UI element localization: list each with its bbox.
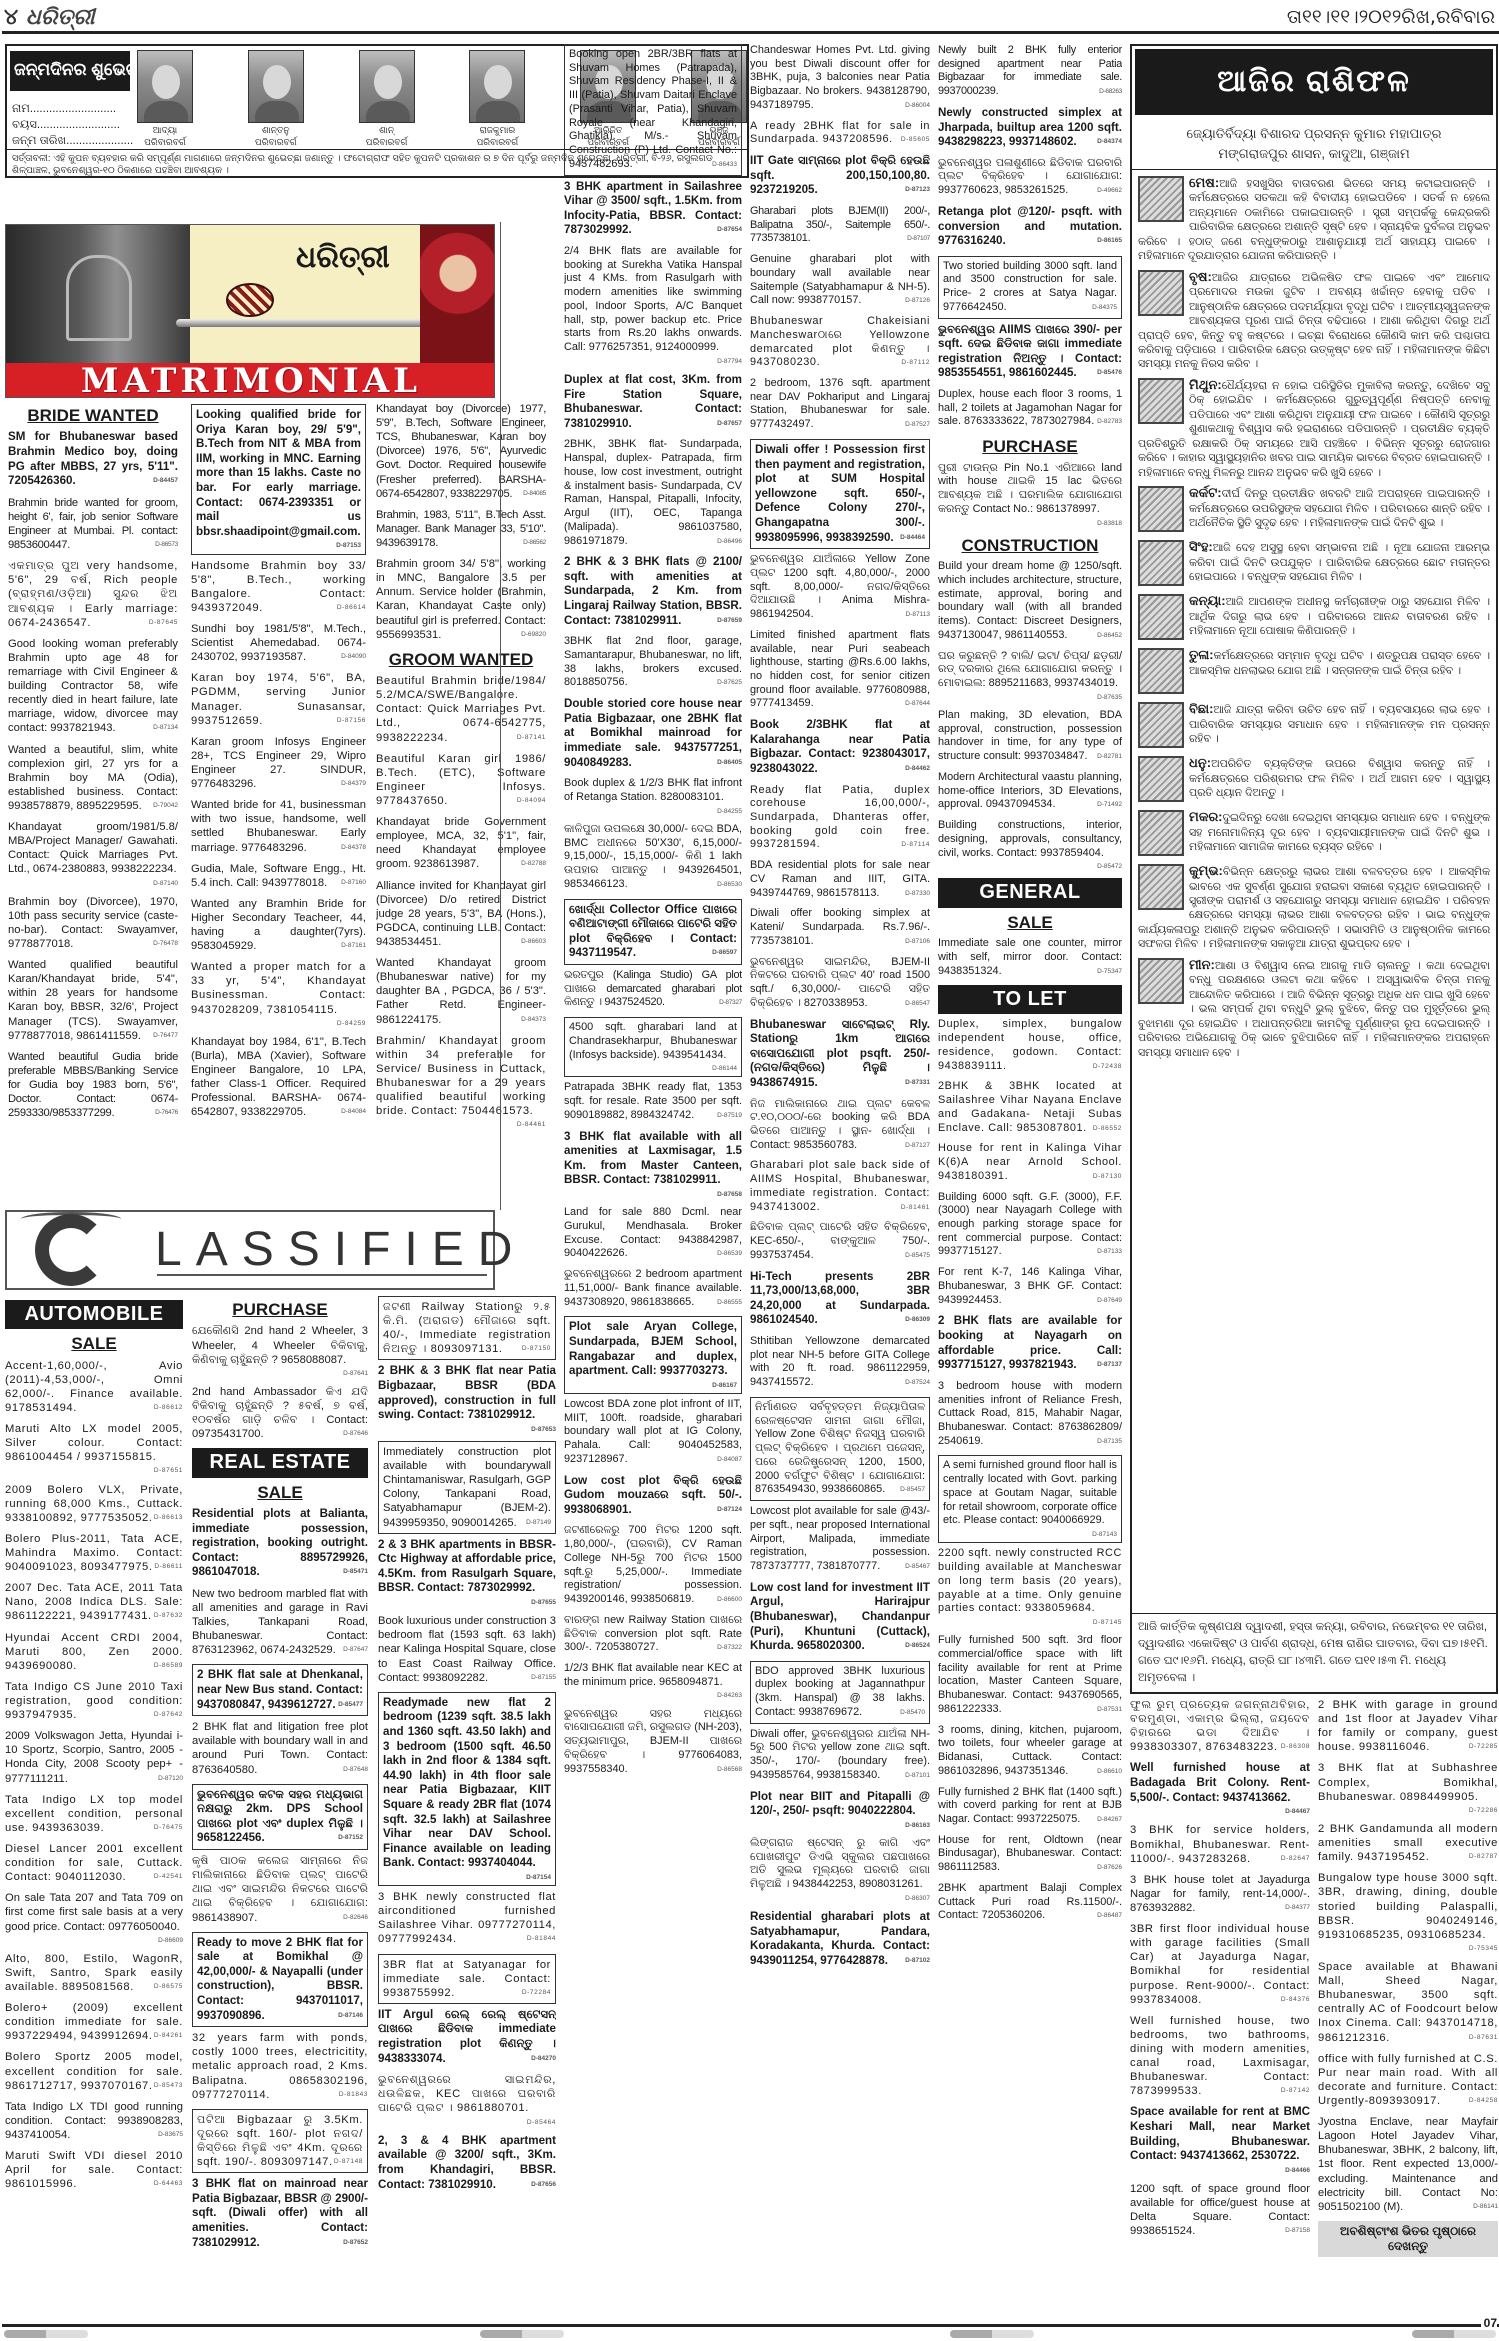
classified-ad: Khandayat groom/1981/5.8/ MBA/Project Ma… [8, 820, 178, 891]
sign-forecast: ଆଶା ଓ ବିଶ୍ୱାସ ନେଇ ଆଗକୁ ମାଡି ଚାଲନ୍ତୁ । କଥ… [1138, 960, 1490, 1059]
ad-code: D-86611 [154, 1563, 183, 1571]
classified-ad: 3 BHK flat at Subhashree Complex, Bomikh… [1318, 1761, 1498, 1818]
ad-text: ଜଟଣୀରେଳରୁ 700 ମିଟର 1200 sqft. 1,80,000/-… [564, 1524, 742, 1605]
sign-forecast: ଦୁଇଦିନରୁ ଦେଖା ଦେଇଥିବା ସମସ୍ୟାର ସମାଧାନ ହେବ… [1189, 812, 1490, 853]
ad-code: D-76476 [155, 1109, 178, 1117]
ad-code: D-87656 [531, 2181, 556, 2189]
ad-code: D-86610 [1097, 1768, 1122, 1776]
classified-ad: Handsome Brahmin boy 33/ 5'8", B.Tech., … [191, 559, 366, 618]
classified-ad: 3BR flat at Satyanagar for immediate sal… [378, 1954, 556, 2004]
horoscope-sign: କର୍କଟ:ଦୀର୍ଘ ଦିନରୁ ପ୍ରତୀକ୍ଷିତ ଖବରଟି ଆଜି ଅ… [1138, 484, 1490, 534]
sign-forecast: ଆଜି ହସଖୁସିର ବାତାବରଣ ଭିତରେ ସମୟ କଟାଇପାରନ୍ତ… [1138, 178, 1490, 262]
zodiac-icon [1138, 378, 1184, 424]
classified-ad: 2BHK, 3BHK flat- Sundarpada, Hanspal, du… [564, 438, 742, 551]
ad-code: D-79042 [153, 802, 178, 810]
ad-code: D-82647 [1281, 1855, 1310, 1863]
zodiac-icon [1138, 702, 1184, 748]
classified-ad: IIT Gate ସାମ୍ନାରେ plot ବିକ୍ରି ହେଉଛି sqft… [750, 154, 930, 201]
child-photo [359, 50, 415, 123]
classified-initial-c [35, 1214, 107, 1286]
sign-name: ମୀନ: [1189, 957, 1215, 972]
sign-forecast: ଆଜିର ଯାତ୍ରାରେ ଅଭିଳଷିତ ଫଳ ପାଇବେ ଏବଂ ଆମୋଦ … [1138, 272, 1490, 371]
ad-text: Readymade new flat 2 bedroom (1239 sqft.… [383, 1696, 551, 1870]
photo-name: ଶାନ୍ତନୁ [262, 125, 290, 136]
classified-ad: Diwali offer booking simplex at Kateni/ … [750, 907, 930, 951]
ad-code: D-86004 [905, 102, 930, 110]
ad-code: D-81843 [339, 2091, 368, 2099]
ad-code: D-84464 [900, 534, 925, 542]
ad-text: ଘର କରୁଛନ୍ତି ? ବାଲି/ ଇଟା/ ଚିପ୍ସ/ ଛଡ଼ରୀ/ ର… [938, 650, 1122, 689]
ad-code: D-86487 [1097, 1912, 1122, 1920]
horoscope-title: ଆଜିର ରାଶିଫଳ [1135, 49, 1493, 115]
ad-code: D-82783 [1097, 418, 1122, 426]
ad-text: ଭୁବନେଶ୍ୱର ସାଇମନ୍ଦିର, BJEM-II ନିକଟରେ ଘରବା… [750, 956, 930, 1009]
child-photo [137, 50, 193, 123]
ad-code: D-87120 [158, 1775, 183, 1783]
ad-code: D-87645 [149, 619, 178, 627]
photo-name: ଆଦ୍ୟା [153, 125, 177, 136]
classified-ad: ଲିଙ୍ଗରାଜ ଷ୍ଟେସନ୍ ରୁ କାଗି ଏବଂ ପୋଖରୀପୁଟ ଡି… [750, 1837, 930, 1906]
ad-text: ନିଜ ମାଲିକାନାରେ ଥାଇ ପ୍ଲଟ କେବଳ ଟ.୧୦,୦୦୦/-ର… [750, 1098, 930, 1151]
classified-ad: Immediately construction plot available … [378, 1441, 556, 1534]
ad-code: D-85472 [1097, 863, 1122, 871]
classified-ad: Bhubaneswar Chakeisiani Mancheswarଠାରେ Y… [750, 315, 930, 373]
ad-code: D-87155 [531, 1674, 556, 1682]
sign-forecast: ଅପରିଚିତ ବ୍ୟକ୍ତିଙ୍କ ଉପରେ ବିଶ୍ୱାସ କରନ୍ତୁ ନ… [1189, 758, 1490, 799]
ad-text: A semi furnished ground floor hall is ce… [943, 1459, 1117, 1526]
ad-code: D-69820 [521, 631, 546, 639]
ad-text: Brahmin, 1983, 5'11", B.Tech Asst. Manag… [376, 509, 546, 549]
classified-ad: ଭରତପୁର (Kalinga Studio) GA plot ପାଖରେ de… [564, 969, 742, 1013]
classified-ad: 3 BHK flat available with all amenities … [564, 1130, 742, 1203]
ad-code: D-87101 [905, 1772, 930, 1780]
ad-code: D-86613 [154, 1514, 183, 1522]
ad-code: D-82781 [1097, 753, 1122, 761]
ad-code: D-84375 [1092, 304, 1117, 312]
sign-name: ସିଂହ: [1189, 539, 1213, 554]
classified-ad: Gharabari plot sale back side of AIIMS H… [750, 1159, 930, 1217]
classified-ad: 3 BHK for service holders, Bomikhal, Bhu… [1130, 1823, 1310, 1868]
classified-ad: Building constructions, interior, design… [938, 819, 1122, 874]
section-heading: CONSTRUCTION [938, 535, 1122, 556]
ad-text: Ready flat Patia, duplex corehouse 16,00… [750, 784, 930, 851]
section-heading: BRIDE WANTED [8, 405, 178, 426]
ad-code: D-83818 [1097, 520, 1122, 528]
ad-code: D-86309 [905, 1316, 930, 1324]
ad-code: D-76478 [153, 940, 178, 948]
ad-text: Chandeswar Homes Pvt. Ltd. giving you be… [750, 44, 930, 111]
classified-ad: 2 BHK & 3 BHK flats @ 2100/ sqft. with a… [564, 555, 742, 631]
classified-ad: Ready to move 2 BHK flat for sale at Bom… [192, 1932, 368, 2028]
ad-code: D-84378 [341, 844, 366, 852]
ad-code: D-87134 [153, 724, 178, 732]
ad-code: D-87146 [338, 2012, 363, 2020]
ad-code: D-86568 [717, 1766, 742, 1774]
child-photo [248, 50, 304, 123]
classified-ad: 2 bedroom, 1376 sqft. apartment near DAV… [750, 377, 930, 435]
ad-code: D-87651 [154, 1467, 183, 1475]
classified-ad: 2, 3 & 4 BHK apartment available @ 3200/… [378, 2134, 556, 2195]
ad-code: D-87107 [907, 235, 930, 243]
classified-ad: Land for sale 880 Dcml. near Gurukul, Me… [564, 1206, 742, 1264]
ad-code: D-76475 [154, 1824, 183, 1832]
ad-text: Newly built 2 BHK fully enterior designe… [938, 44, 1122, 97]
classified-ad: Gharabari plots BJEM(II) 200/-, Balipatn… [750, 205, 930, 249]
ad-code: D-87142 [1281, 2087, 1310, 2095]
ad-code: D-86530 [717, 881, 742, 889]
sign-forecast: କର୍ମକ୍ଷେତ୍ରରେ ସମ୍ମାନ ବୃଦ୍ଧି ଘଟିବ । ଶତ୍ରୁ… [1189, 650, 1490, 676]
ad-text: Book 2/3BHK flat at Kalarahanga near Pat… [750, 718, 930, 775]
sign-name: କୁମ୍ଭ: [1189, 863, 1223, 878]
classified-ad: Brahmin/ Khandayat groom within 34 prefe… [376, 1034, 546, 1133]
ad-code: D-87655 [531, 1599, 556, 1607]
ad-text: Sthitiban Yellowzone demarcated plot nea… [750, 1335, 930, 1388]
shehnai-icon [176, 319, 436, 327]
section-heading: GENERAL [938, 878, 1122, 907]
classified-ad: ନିଜ ମାଲିକାନାରେ ଥାଇ ପ୍ଲଟ କେବଳ ଟ.୧୦,୦୦୦/-ର… [750, 1098, 930, 1156]
classified-ad: 2 BHK Gandamunda all modern amenities sm… [1318, 1822, 1498, 1867]
ad-code: D-87123 [905, 186, 930, 194]
scrollbar-thumb[interactable] [1412, 2330, 1496, 2338]
ad-text: Bhubaneswar ସାଟେଲାଇଟ୍ Rly. Stationରୁ 1km… [750, 1018, 930, 1089]
classified-ad: 3BHK flat 2nd floor, garage, Samantarapu… [564, 635, 742, 693]
classified-ad: Tata Indigo CS June 2010 Taxi registrati… [5, 1680, 183, 1725]
ad-text: 2 BHK & 3 BHK flats @ 2100/ sqft. with a… [564, 555, 742, 626]
ad-text: 3 bedroom house with modern amenities in… [938, 1380, 1122, 1447]
classified-ad: 2/4 BHK flats are available for booking … [564, 245, 742, 369]
ad-code: D-87632 [154, 1612, 183, 1620]
name-field: ନାମ........................... [12, 102, 116, 116]
sign-forecast: ଦୀର୍ଘ ଦିନରୁ ପ୍ରତୀକ୍ଷିତ ଖବରଟି ଆଜି ଅପରାହ୍ନ… [1189, 488, 1490, 529]
realestate-column-6: Newly built 2 BHK fully enterior designe… [938, 44, 1122, 2320]
ad-code: D-87124 [717, 1506, 742, 1514]
classified-ad: Sundhi boy 1981/5'8", M.Tech., Scientist… [191, 622, 366, 667]
ad-code: D-84087 [717, 1456, 742, 1464]
automobile-column: AUTOMOBILE SALE Accent-1,60,000/-, Avio … [5, 1296, 183, 2318]
classified-ad: Low cost plot ବିକ୍ରି ହେଉଛି Gudom mouzaରେ… [564, 1474, 742, 1521]
sign-name: କର୍କଟ: [1189, 485, 1222, 500]
ad-text: 3 rooms, dining, kitchen, pujaroom, two … [938, 1724, 1122, 1777]
horoscope-sign: ମକର:ଦୁଇଦିନରୁ ଦେଖା ଦେଇଥିବା ସମସ୍ୟାର ସମାଧାନ… [1138, 808, 1490, 858]
ad-text: 2009 Volkswagon Jetta, Hyundai i-10 Spor… [5, 1730, 183, 1784]
classified-ad: Khandayat boy 1984, 6'1", B.Tech (Burla)… [191, 1035, 366, 1123]
photo-slot: ଆଦ୍ୟାପରିବାରବର୍ଗ [137, 50, 193, 148]
ad-text: 2BHK apartment Balaji Complex Cuttack Pu… [938, 1882, 1122, 1921]
page-number-and-logo: ୪ ଧରିତ୍ରୀ [4, 4, 95, 32]
ad-code: D-87531 [1097, 1706, 1122, 1714]
classified-ad: Brahmin bride wanted for groom, height 6… [8, 496, 178, 555]
ad-text: 2 BHK & 3 BHK flat near Patia Bigbazaar,… [378, 1364, 556, 1421]
ad-code: D-87113 [906, 611, 930, 619]
ad-text: 3 BHK house tolet at Jayadurga Nagar for… [1130, 1874, 1310, 1914]
purchase-realestate-column: PURCHASE ଯେକୌଣସି 2nd hand 2 Wheeler, 3 W… [192, 1296, 368, 2318]
classified-ad: ଘର କରୁଛନ୍ତି ? ବାଲି/ ଇଟା/ ଚିପ୍ସ/ ଛଡ଼ରୀ/ ର… [938, 650, 1122, 705]
ad-code: D-86163 [905, 1822, 930, 1830]
classified-ad: ଭୁବନେଶ୍ୱର ସହର ମଧ୍ୟରେ ବାସୋପଯୋଗୀ ଜମି, ରସୁଲ… [564, 1708, 742, 1780]
classified-ad: 2 BHK flats are available for booking at… [938, 1314, 1122, 1375]
ad-text: 3 BHK flat available with all amenities … [564, 1130, 742, 1187]
ad-text: ଯେକୌଣସି 2nd hand 2 Wheeler, 3 Wheeler, 4… [192, 1325, 368, 1365]
ad-code: D-86539 [717, 1250, 742, 1258]
sign-name: ମକର: [1189, 809, 1223, 824]
ad-code: D-87161 [341, 942, 366, 950]
ad-text: Space available at Bhawani Mall, Sheed N… [1318, 1961, 1498, 2044]
ad-text: Booking open 2BR/3BR flats at Shuvam Hom… [569, 48, 737, 170]
classified-ad: Bungalow type house 3000 sqft. 3BR, draw… [1318, 1871, 1498, 1956]
ad-text: ପୁରୀ ଟାଉନ୍‌ର Pin No.1 ଏରିଆରେ land with h… [938, 462, 1122, 515]
ad-text: Immediate sale one counter, mirror with … [938, 937, 1122, 976]
ad-code: D-86603 [521, 938, 546, 946]
page-number: ୪ [4, 4, 18, 30]
ad-code: D-84258 [1469, 2097, 1498, 2105]
child-photo [469, 50, 525, 123]
ad-text: ବାରଙ୍ଗ new Railway Station ପାଖରେ ଛିଡିବାକ… [564, 1614, 742, 1653]
classified-ad: Looking qualified bride for Oriya Karan … [191, 404, 366, 555]
section-heading: GROOM WANTED [376, 649, 546, 670]
ad-code: D-86141 [1473, 2203, 1498, 2211]
horoscope-sign: କନ୍ୟା:ଆଜି ଆପଣଙ୍କ ଅଧୀନସ୍ଥ କର୍ମଚାରୀଙ୍କ ଠାର… [1138, 592, 1490, 642]
ad-text: Khandayat boy (Divorcee) 1977, 5'9", B.T… [376, 403, 546, 500]
ad-text: Double storied core house near Patia Big… [564, 697, 742, 768]
classified-ad: ଜଟଣୀ Railway Stationରୁ ୨.୫ କି.ମି. (ଅରାଗଡ… [378, 1296, 556, 1360]
horoscope-sign: ବୃଷ:ଆଜିର ଯାତ୍ରାରେ ଅଭିଳଷିତ ଫଳ ପାଇବେ ଏବଂ ଆ… [1138, 268, 1490, 372]
photo-family: ପରିବାରବର୍ଗ [366, 137, 408, 148]
classified-ad: Karan boy 1974, 5'6", BA, PGDMM, serving… [191, 671, 366, 730]
classified-ad: Space available at Bhawani Mall, Sheed N… [1318, 1960, 1498, 2048]
classified-ad: House for rent in Kalinga Vihar K(6)A ne… [938, 1142, 1122, 1186]
ad-code: D-86547 [905, 1000, 930, 1008]
ad-code: D-87150 [522, 1345, 551, 1353]
ad-text: Gharabari plots BJEM(II) 200/-, Balipatn… [750, 205, 930, 244]
drum-icon [226, 283, 274, 317]
ad-code: D-87153 [336, 542, 361, 550]
ad-code: D-86308 [1281, 1743, 1310, 1751]
ad-text: ନିର୍ମାଣରତ ସର୍ବବୃହତ୍ତମ ନିଜ୍ୟାପିତାଳ ରେଳଷ୍ଟ… [755, 1401, 925, 1495]
ad-code: D-86307 [905, 1895, 930, 1903]
ad-code: D-87659 [717, 617, 742, 625]
photo-name: ରାଜକୁମାର [480, 125, 516, 136]
zodiac-icon [1138, 176, 1184, 222]
ad-text: Karan groom Infosys Engineer 28+, TCS En… [191, 736, 366, 790]
classified-ad: SM for Bhubaneswar based Brahmin Medico … [8, 430, 178, 491]
ad-code: D-84263 [717, 1692, 742, 1700]
ad-code: D-75347 [1097, 968, 1122, 976]
classified-ad: 2 BHK flat and litigation free plot avai… [192, 1720, 368, 1779]
matrimonial-column-3: Khandayat boy (Divorcee) 1977, 5'9", B.T… [376, 402, 546, 1204]
ad-code: D-87524 [905, 1379, 930, 1387]
ad-text: Ready to move 2 BHK flat for sale at Bom… [197, 1936, 363, 2022]
classified-ad: Diesel Lancer 2001 excellent condition f… [5, 1842, 183, 1887]
author-name: ଜ୍ୟୋତିର୍ବିଦ୍ୟା ବିଶାରଦ ପ୍ରସନ୍ନ କୁମାର ମହାପ… [1136, 124, 1492, 144]
classified-ad: Residential plots at Balianta, immediate… [192, 1507, 368, 1583]
ad-code: D-87145 [1093, 1619, 1122, 1627]
classified-ad: 2 BHK with garage in ground and 1st floo… [1318, 1698, 1498, 1757]
ad-text: ଭରତପୁର (Kalinga Studio) GA plot ପାଖରେ de… [564, 969, 742, 1008]
classified-ad: Newly constructed simplex at Jharpada, b… [938, 106, 1122, 153]
zodiac-icon [1138, 540, 1184, 586]
sign-forecast: ବିଭିନ୍ନ କ୍ଷେତ୍ରରୁ ଲାଭର ଆଶା ବଳବତ୍ତର ହେବ ।… [1138, 866, 1490, 950]
ad-text: Good looking woman preferably Brahmin up… [8, 638, 178, 735]
classified-ad: Beautiful Brahmin bride/1984/ 5.2/MCA/SW… [376, 674, 546, 748]
classified-ad: Building 6000 sqft. G.F. (3000), F.F. (3… [938, 1191, 1122, 1263]
zodiac-icon [1138, 594, 1184, 640]
ad-text: Book duplex & 1/2/3 BHK flat infront of … [564, 777, 742, 803]
section-heading: AUTOMOBILE [5, 1300, 183, 1329]
ad-text: Jyostna Enclave, near Mayfair Lagoon Hot… [1318, 2116, 1498, 2213]
ad-text: କୃଷି ପାଠକ କଲେଜ ସାମ୍ନାରେ ନିଜ ମାଲିକାନାରେ ଛ… [192, 1855, 368, 1923]
ad-text: Immediately construction plot available … [383, 1446, 551, 1529]
classified-ad: Patrapada 3BHK ready flat, 1353 sqft. fo… [564, 1081, 742, 1125]
ad-text: କାଳିପୁଜା ଉପଲକ୍ଷେ 30,000/- ଦେଇ BDA, BMC ଅ… [564, 823, 742, 890]
sign-name: ବୃଷ: [1189, 269, 1212, 284]
ad-text: Wanted beautiful Gudia bride preferable … [8, 1051, 178, 1119]
ad-code: D-87641 [343, 1370, 368, 1378]
classified-ad: Bhubaneswar ସାଟେଲାଇଟ୍ Rly. Stationରୁ 1km… [750, 1018, 930, 1094]
ad-text: Two storied building 3000 sqft. land and… [943, 260, 1117, 313]
ad-code: D-87140 [153, 880, 178, 888]
ad-code: D-82787 [1469, 1853, 1498, 1861]
classified-ad: ଫୁଲ ରୁମ୍ ପ୍ରତ୍ୟେକ ଜଗନ୍ନାଥବିହାର, ବରମୁଣ୍ଡା… [1130, 1698, 1310, 1757]
ad-code: D-75345 [1469, 1945, 1498, 1953]
classified-ad: 2nd hand Ambassador କିଏ ଯଦି ବିକିବାକୁ ଚାହ… [192, 1385, 368, 1444]
classified-ad: 2 BHK flat sale at Dhenkanal, near New B… [192, 1664, 368, 1716]
birthday-title: ଜନ୍ମଦିନର ଶୁଭେଚ୍ଛା [10, 51, 130, 91]
classified-ad: BDA residential plots for sale near CV R… [750, 859, 930, 903]
ad-text: Newly constructed simplex at Jharpada, b… [938, 106, 1122, 148]
classified-ad: 3 BHK apartment in Sailashree Vihar @ 35… [564, 180, 742, 241]
classified-ad: ପୁରୀ ଟାଉନ୍‌ର Pin No.1 ଏରିଆରେ land with h… [938, 462, 1122, 531]
ad-text: 2, 3 & 4 BHK apartment available @ 3200/… [378, 2134, 556, 2191]
sub-heading: SALE [5, 1333, 183, 1354]
ad-code: D-85473 [154, 2082, 183, 2090]
classified-ad: Bolero+ (2009) excellent condition immed… [5, 2001, 183, 2046]
classified-ad: Readymade new flat 2 bedroom (1239 sqft.… [378, 1692, 556, 1886]
ad-code: D-84457 [153, 477, 178, 485]
ad-code: D-87330 [905, 890, 930, 898]
ad-code: D-85467 [905, 1563, 930, 1571]
ad-code: D-87143 [1092, 1531, 1117, 1539]
age-field: ବୟସ.......................... [12, 118, 120, 132]
ad-code: D-86167 [712, 1382, 737, 1390]
ad-code: D-86597 [712, 949, 737, 957]
ad-code: D-87156 [337, 717, 366, 725]
classified-ad: ନିର୍ମାଣରତ ସର୍ବବୃହତ୍ତମ ନିଜ୍ୟାପିତାଳ ରେଳଷ୍ଟ… [750, 1397, 930, 1501]
classified-ad: Tata Indigo LX top model excellent condi… [5, 1793, 183, 1838]
ad-code: D-85464 [527, 2119, 556, 2127]
ad-text: Building 6000 sqft. G.F. (3000), F.F. (3… [938, 1191, 1122, 1258]
ad-code: D-87327 [719, 999, 742, 1007]
classified-ad: Fully furnished 500 sqft. 3rd floor comm… [938, 1634, 1122, 1719]
ad-code: D-72286 [1469, 1807, 1498, 1815]
tolet-column-3: 2 BHK with garage in ground and 1st floo… [1318, 1698, 1498, 2318]
ad-text: Diwali offer, ଭୁବନେଶ୍ୱରର ଯାଅଁଳା NH-5ରୁ 5… [750, 1728, 930, 1781]
ad-code: D-87322 [717, 1644, 742, 1652]
classified-ad: Well furnished house at Badagada Brit Co… [1130, 1761, 1310, 1819]
ad-code: D-68263 [1099, 88, 1122, 96]
banner-brand: ଧରିତ୍ରୀ [296, 239, 390, 277]
ad-text: Khandayat groom/1981/5.8/ MBA/Project Ma… [8, 821, 178, 875]
ad-code: D-87130 [1093, 1173, 1122, 1181]
horoscope-sign: ମିଥୁନ:ଧୈର୍ଯ୍ୟହରା ନ ହୋଇ ପରିସ୍ଥିତିର ମୁକାବି… [1138, 376, 1490, 480]
classified-ad: ଏକମାତ୍ର ପୁଅ very handsome, 5'6", 29 ବର୍ଷ… [8, 559, 178, 633]
classified-ad: Tata Indigo LX TDI good running conditio… [5, 2100, 183, 2145]
sign-forecast: ଆଜି ଦେହ ଅସୁସ୍ଥ ହେବା ସମ୍ଭାବନା ଅଛି । ନୂଆ ଯ… [1189, 542, 1490, 583]
classified-ad: Sthitiban Yellowzone demarcated plot nea… [750, 1335, 930, 1393]
ad-text: Residential plots at Balianta, immediate… [192, 1507, 368, 1578]
ad-code: D-87658 [717, 1191, 742, 1199]
ad-text: Well furnished house at Badagada Brit Co… [1130, 1761, 1310, 1803]
classified-ad: 3 BHK newly constructed flat airconditio… [378, 1890, 556, 1949]
photo-slot: ଶାନ୍ତନୁପରିବାରବର୍ଗ [248, 50, 304, 148]
ad-code: D-84466 [1285, 2167, 1310, 2175]
scrollbar-thumb[interactable] [950, 2330, 1034, 2338]
ad-code: D-86555 [717, 1299, 742, 1307]
ad-code: D-86589 [154, 1662, 183, 1670]
ad-code: D-72285 [1469, 1743, 1498, 1751]
ad-text: 1200 sqft. of space ground floor availab… [1130, 2183, 1310, 2237]
realestate-column-4: Booking open 2BR/3BR flats at Shuvam Hom… [564, 44, 742, 2320]
classified-ad: 1200 sqft. of space ground floor availab… [1130, 2182, 1310, 2241]
ad-code: D-87625 [717, 679, 742, 687]
ad-code: D-86612 [154, 1404, 183, 1412]
section-heading: REAL ESTATE [192, 1448, 368, 1477]
ad-text: Land for sale 880 Dcml. near Gurukul, Me… [564, 1206, 742, 1259]
sign-name: କନ୍ୟା: [1189, 593, 1226, 608]
scrollbar-thumb[interactable] [4, 2330, 88, 2338]
ad-text: Lowcost BDA zone plot infront of IIT, MI… [564, 1398, 742, 1465]
scrollbar-thumb[interactable] [480, 2330, 564, 2338]
ad-text: 2nd hand Ambassador କିଏ ଯଦି ବିକିବାକୁ ଚାହ… [192, 1386, 368, 1440]
tolet-column-2: ଫୁଲ ରୁମ୍ ପ୍ରତ୍ୟେକ ଜଗନ୍ନାଥବିହାର, ବରମୁଣ୍ଡା… [1130, 1698, 1310, 2318]
ad-code: D-87654 [717, 226, 742, 234]
classified-ad: Well furnished house, two bedrooms, two … [1130, 2014, 1310, 2102]
zodiac-icon [1138, 864, 1184, 910]
classified-ad: Duplex, simplex, bungalow independent ho… [938, 1018, 1122, 1076]
classified-ad: Book luxurious under construction 3 bedr… [378, 1614, 556, 1688]
ad-text: Khandayat boy 1984, 6'1", B.Tech (Burla)… [191, 1036, 366, 1119]
classified-ad: House for rent, Oldtown (near Bindusagar… [938, 1834, 1122, 1878]
classified-ad: ଭୁବନେଶ୍ୱରରେ 2 bedroom apartment 11,51,00… [564, 1268, 742, 1312]
ad-code: D-87158 [1285, 2227, 1310, 2235]
classified-ad: A ready 2BHK flat for sale in Sundarpada… [750, 120, 930, 150]
ad-code: D-87152 [338, 1834, 363, 1842]
classified-ad: ଭୁବନେଶ୍ୱର ପଳାଶୁଣୀରେ ଛିଡିବାକ ଘରବାରି ପ୍ଲଟ … [938, 157, 1122, 201]
ad-text: 3 BHK flat on mainroad near Patia Bigbaz… [192, 2177, 368, 2248]
dob-field: ଜନ୍ମ ତାରିଖ..................... [12, 134, 133, 148]
continued-inside-note: ଅବଶିଷ୍ଟାଂଶ ଭିତର ପୃଷ୍ଠାରେ ଦେଖନ୍ତୁ [1318, 2221, 1498, 2257]
ad-text: 2BHK, 3BHK flat- Sundarpada, Hanspal, du… [564, 438, 742, 546]
classified-ad: Booking open 2BR/3BR flats at Shuvam Hom… [564, 44, 742, 176]
ad-code: D-87527 [905, 421, 930, 429]
ad-text: Fully furnished 500 sqft. 3rd floor comm… [938, 1634, 1122, 1715]
classified-ad: A semi furnished ground floor hall is ce… [938, 1455, 1122, 1543]
horoscope-list: ମେଷ:ଆଜି ହସଖୁସିର ବାତାବରଣ ଭିତରେ ସମୟ କଟାଇପା… [1132, 170, 1496, 1068]
classified-ad: Wanted beautiful Gudia bride preferable … [8, 1050, 178, 1124]
ad-code: D-87647 [343, 1646, 368, 1654]
ad-code: D-42541 [154, 1873, 183, 1881]
classified-ad: Good looking woman preferably Brahmin up… [8, 637, 178, 739]
classified-ad: Space available for rent at BMC Keshari … [1130, 2105, 1310, 2178]
classified-ad: Fully furnished 2 BHK flat (1400 sqft.) … [938, 1786, 1122, 1830]
ad-text: For rent K-7, 146 Kalinga Vihar, Bhubane… [938, 1266, 1122, 1305]
ad-text: Looking qualified bride for Oriya Karan … [196, 408, 361, 538]
ad-code: D-87646 [343, 1430, 368, 1438]
ad-text: 1/2/3 BHK flat available near KEC at the… [564, 1662, 742, 1688]
zodiac-icon [1138, 810, 1184, 856]
ad-code: D-84261 [154, 2032, 183, 2040]
classified-ad: Hi-Tech presents 2BR 11,73,000/13,68,000… [750, 1270, 930, 1331]
ad-code: D-86609 [158, 1937, 183, 1945]
